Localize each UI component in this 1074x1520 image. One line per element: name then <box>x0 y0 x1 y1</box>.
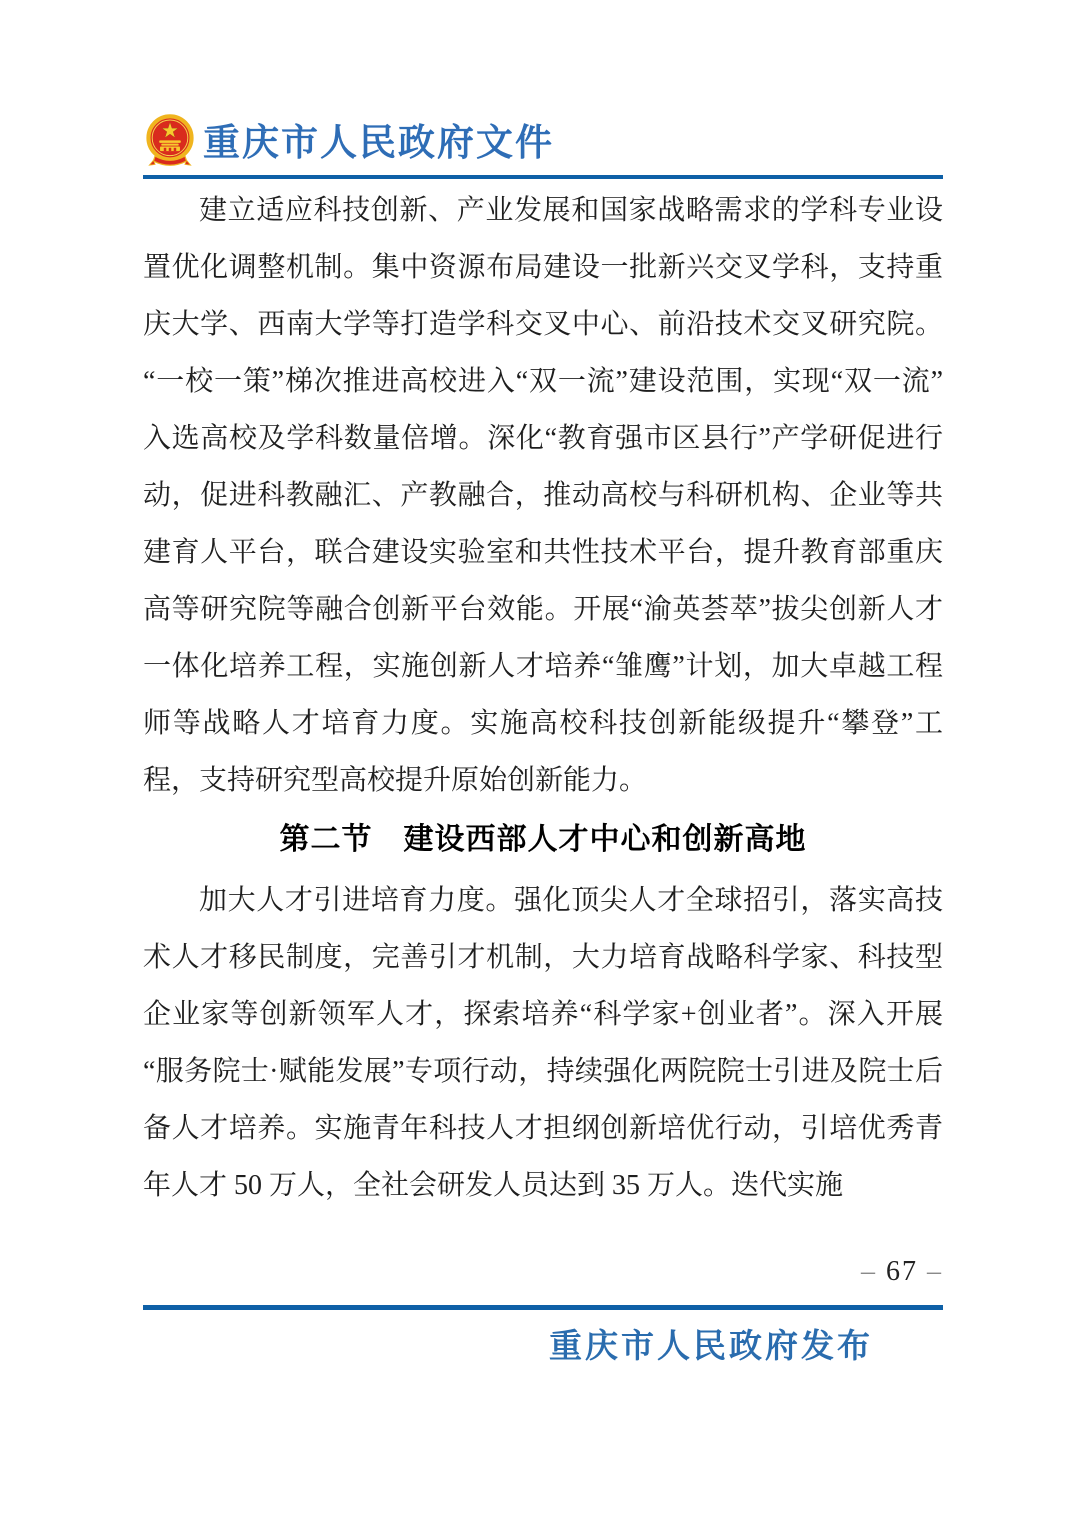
document-page: 重庆市人民政府文件 建立适应科技创新、产业发展和国家战略需求的学科专业设置优化调… <box>0 0 1074 1520</box>
page-number-value: 67 <box>886 1256 918 1287</box>
page-number: – 67 – <box>143 1256 943 1288</box>
document-header-title: 重庆市人民政府文件 <box>203 123 554 162</box>
body-paragraph-1: 建立适应科技创新、产业发展和国家战略需求的学科专业设置优化调整机制。集中资源布局… <box>143 182 943 809</box>
section-heading: 第二节 建设西部人才中心和创新高地 <box>143 814 943 866</box>
document-body: 建立适应科技创新、产业发展和国家战略需求的学科专业设置优化调整机制。集中资源布局… <box>143 182 943 1214</box>
document-header: 重庆市人民政府文件 <box>143 112 943 172</box>
publisher-line: 重庆市人民政府发布 <box>143 1320 943 1367</box>
header-divider-rule <box>143 175 943 179</box>
national-emblem-icon <box>143 113 197 171</box>
body-paragraph-2: 加大人才引进培育力度。强化顶尖人才全球招引，落实高技术人才移民制度，完善引才机制… <box>143 872 943 1214</box>
page-number-right-dash: – <box>927 1256 943 1287</box>
page-number-left-dash: – <box>861 1256 877 1287</box>
footer-divider-rule <box>143 1305 943 1310</box>
